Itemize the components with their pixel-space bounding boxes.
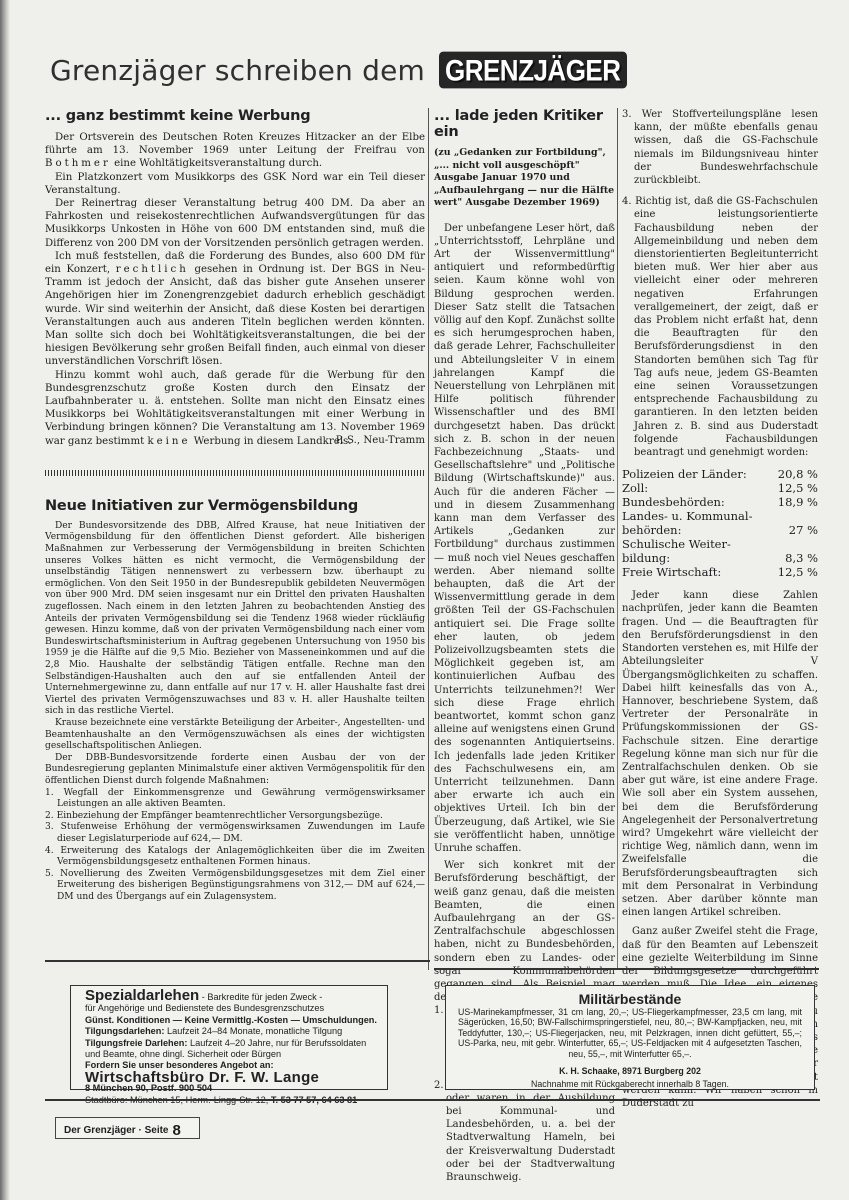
footer-separator: ·: [136, 1125, 145, 1136]
ad-militaerbestaende: Militärbestände US-Marinekampfmesser, 31…: [445, 985, 815, 1090]
list-item: 4. Richtig ist, daß die GS-Fachschulen e…: [622, 195, 818, 459]
article-headline: ... ganz bestimmt keine Werbung: [45, 108, 425, 124]
ad-title: Spezialdarlehen: [85, 987, 199, 1004]
spaced-emphasis: rechtlich: [116, 264, 189, 275]
stat-value: 12,5 %: [778, 481, 818, 495]
list-item: 3. Wer Stoffverteilungspläne lesen kann,…: [622, 108, 818, 187]
column-rule-right-lower: [617, 410, 618, 970]
left-column: ... ganz bestimmt keine Werbung Der Orts…: [45, 108, 425, 903]
masthead-title: Grenzjäger schreiben dem: [50, 54, 425, 87]
right-column: 3. Wer Stoffverteilungspläne lesen kann,…: [622, 108, 818, 1110]
text-run: Werbung in diesem Landkreis.: [194, 436, 352, 447]
page-footer: Der Grenzjäger · Seite8: [55, 1117, 200, 1139]
ad-line: für Angehörige und Bedienstete des Bunde…: [85, 1003, 379, 1014]
spaced-emphasis: keine: [147, 436, 190, 447]
footer-page-label: Seite: [145, 1125, 169, 1136]
divider-rule: [45, 960, 430, 962]
stat-label: Bundesbehörden:: [622, 495, 778, 509]
stat-label: Landes- u. Kommunal-behörden:: [622, 509, 778, 537]
stat-value: 8,3 %: [778, 537, 818, 565]
table-row: Zoll:12,5 %: [622, 481, 818, 495]
article-headline: ... lade jeden Kritiker ein: [434, 108, 615, 140]
text-run: gesehen in Ordnung ist. Der BGS in Neu-T…: [45, 264, 425, 367]
ad-text: US-Marinekampfmesser, 31 cm lang, 20,–; …: [458, 1007, 802, 1060]
article-reference: (zu „Gedanken zur Fortbildung", „... nic…: [434, 147, 615, 210]
article-keine-werbung: ... ganz bestimmt keine Werbung Der Orts…: [45, 108, 425, 446]
article-paragraph: Der Reinertrag dieser Veranstaltung betr…: [45, 197, 425, 250]
divider-rule: [45, 1099, 820, 1101]
article-paragraph: Ein Platzkonzert vom Musikkorps des GSK …: [45, 171, 425, 197]
spaced-name: Bothmer: [45, 158, 111, 169]
footer-publication: Der Grenzjäger: [64, 1125, 136, 1136]
page-edge-shadow: [0, 0, 10, 1200]
ad-text: Laufzeit 24–84 Monate, monatliche Tilgun…: [164, 1026, 342, 1036]
ad-title: Militärbestände: [458, 994, 802, 1005]
masthead: Grenzjäger schreiben dem GRENZJÄGER: [50, 50, 627, 90]
text-run: Der Ortsverein des Deutschen Roten Kreuz…: [45, 132, 425, 156]
grenzjaeger-logo: GRENZJÄGER: [439, 52, 627, 89]
ad-address: K. H. Schaake, 8971 Burgberg 202: [458, 1066, 802, 1077]
article-paragraph: Der Ortsverein des Deutschen Roten Kreuz…: [45, 131, 425, 171]
ad-line: Günst. Konditionen — Keine Vermittlg.-Ko…: [85, 1015, 379, 1026]
column-rule-right: [617, 108, 618, 413]
table-row: Schulische Weiter-bildung:8,3 %: [622, 537, 818, 565]
list-item: 5. Novellierung des Zweiten Vermögensbil…: [45, 869, 425, 904]
points-list-continued: 3. Wer Stoffverteilungspläne lesen kann,…: [622, 108, 818, 459]
stat-value: 27 %: [778, 509, 818, 537]
stat-value: 18,9 %: [778, 495, 818, 509]
article-vermoegensbildung: Neue Initiativen zur Vermögensbildung De…: [45, 498, 425, 904]
ad-label: Tilgungsdarlehen:: [85, 1026, 164, 1036]
list-item: 2. Einbeziehung der Empfänger beamtenrec…: [45, 811, 425, 823]
statistics-table: Polizeien der Länder:20,8 % Zoll:12,5 % …: [622, 467, 818, 579]
text-run: eine Wohltätigkeitsveranstaltung durch.: [114, 158, 322, 169]
stat-value: 20,8 %: [778, 467, 818, 481]
list-item: 1. Wegfall der Einkommensgrenze und Gewä…: [45, 788, 425, 811]
table-row: Landes- u. Kommunal-behörden:27 %: [622, 509, 818, 537]
list-item: 4. Erweiterung des Katalogs der Anlagemö…: [45, 846, 425, 869]
ad-tagline: - Barkredite für jeden Zweck -: [199, 992, 322, 1002]
table-row: Bundesbehörden:18,9 %: [622, 495, 818, 509]
article-paragraph: Jeder kann diese Zahlen nachprüfen, jede…: [622, 589, 818, 919]
stat-label: Zoll:: [622, 481, 778, 495]
divider-rule: [434, 968, 819, 970]
article-headline: Neue Initiativen zur Vermögensbildung: [45, 498, 425, 514]
article-paragraph: Wer sich konkret mit der Berufsförderung…: [434, 859, 615, 1004]
table-row: Freie Wirtschaft:12,5 %: [622, 565, 818, 579]
page-number: 8: [173, 1122, 181, 1139]
article-paragraph: Der DBB-Bundesvorsitzende forderte einen…: [45, 753, 425, 788]
dotted-divider: [45, 470, 425, 476]
list-item: 3. Stufenweise Erhöhung der vermögenswir…: [45, 822, 425, 845]
article-paragraph: Ich muß feststellen, daß die Forderung d…: [45, 250, 425, 369]
article-paragraph: Krause bezeichnete eine verstärkte Betei…: [45, 718, 425, 753]
ad-line: Tilgungsfreie Darlehen: Laufzeit 4–20 Ja…: [85, 1038, 379, 1061]
article-paragraph: Der unbefangene Leser hört, daß „Unterri…: [434, 222, 615, 856]
stat-value: 12,5 %: [778, 565, 818, 579]
column-rule-left: [428, 108, 429, 970]
ad-firm-name: Wirtschaftsbüro Dr. F. W. Lange: [85, 1072, 379, 1083]
measures-list: 1. Wegfall der Einkommensgrenze und Gewä…: [45, 788, 425, 904]
article-paragraph: Der Bundesvorsitzende des DBB, Alfred Kr…: [45, 521, 425, 718]
ad-label: Tilgungsfreie Darlehen:: [85, 1038, 187, 1048]
list-item: 2. Weit mehr als die Hälfte sind oder wa…: [434, 1079, 615, 1185]
ad-line: Tilgungsdarlehen: Laufzeit 24–84 Monate,…: [85, 1026, 379, 1037]
ad-title-line: Spezialdarlehen - Barkredite für jeden Z…: [85, 990, 379, 1003]
ad-note: Nachnahme mit Rückgaberecht innerhalb 8 …: [458, 1079, 802, 1090]
stat-label: Polizeien der Länder:: [622, 467, 778, 481]
stat-label: Schulische Weiter-bildung:: [622, 537, 778, 565]
ad-spezialdarlehen: Spezialdarlehen - Barkredite für jeden Z…: [70, 985, 388, 1090]
table-row: Polizeien der Länder:20,8 %: [622, 467, 818, 481]
stat-label: Freie Wirtschaft:: [622, 565, 778, 579]
